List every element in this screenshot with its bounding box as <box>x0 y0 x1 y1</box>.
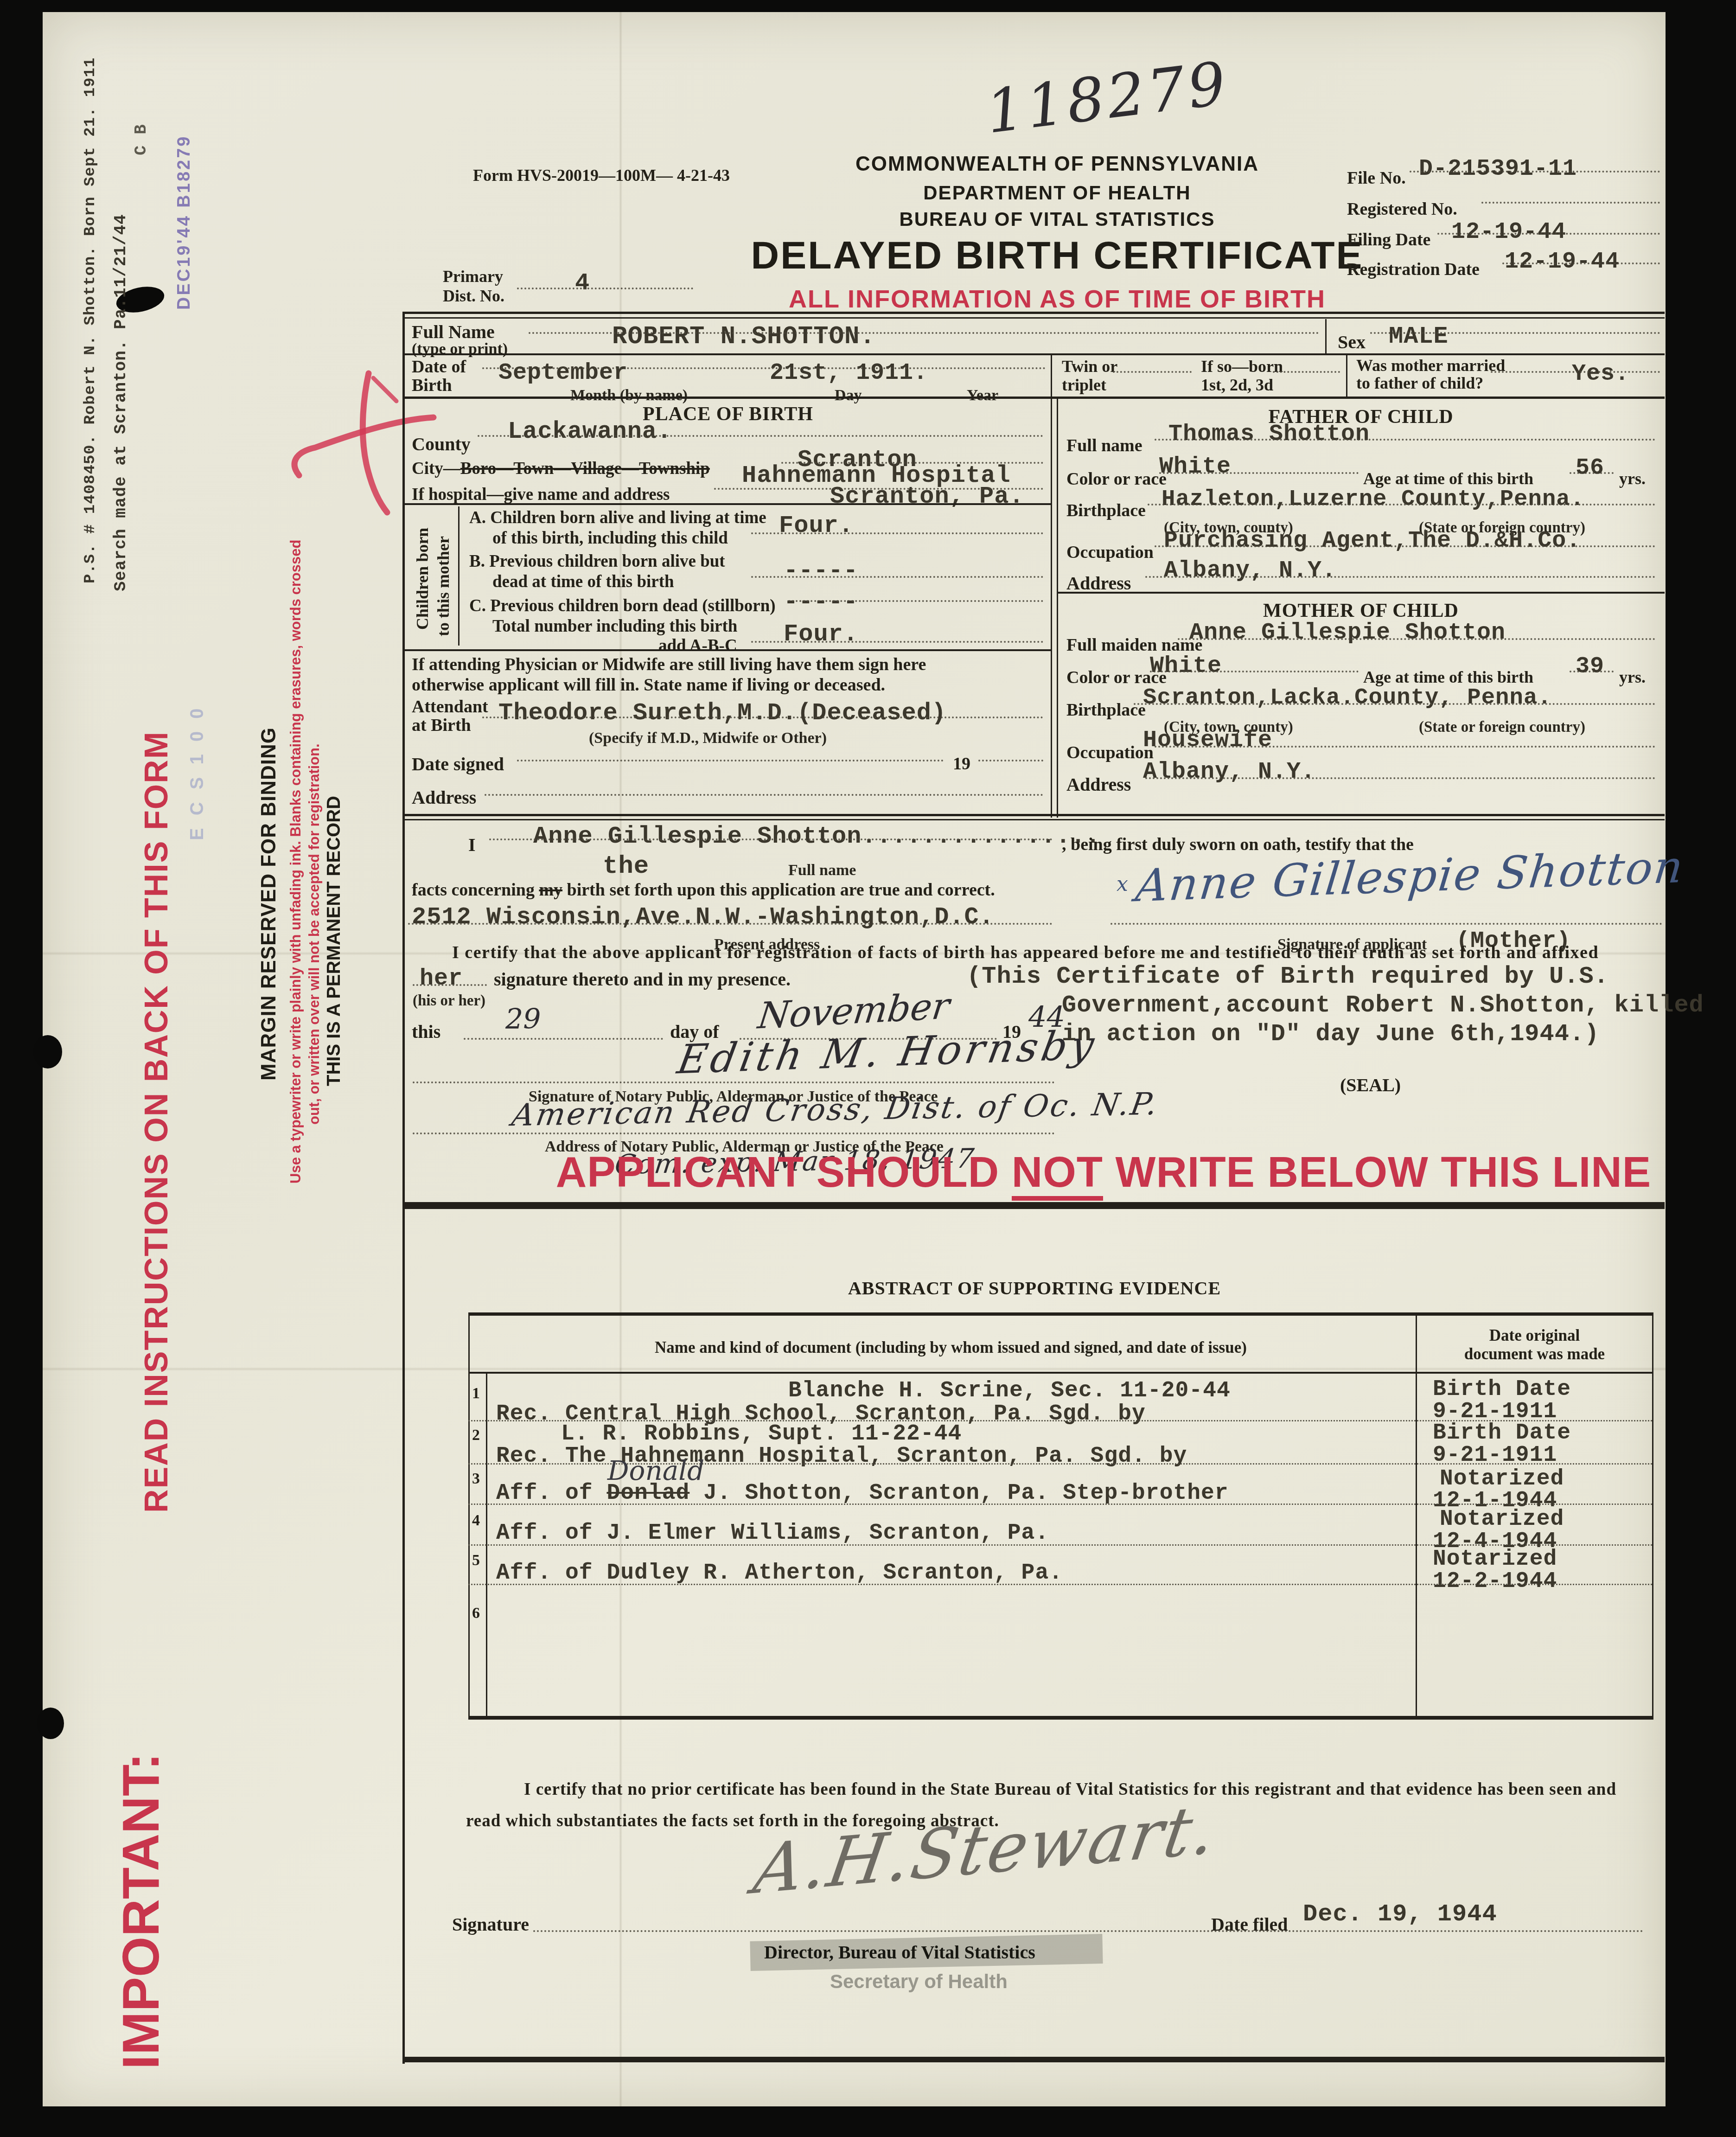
children-bracket-line <box>458 506 460 646</box>
father-occupation-label: Occupation <box>1066 544 1154 561</box>
children-item-c-value: ----- <box>784 590 858 614</box>
her-value: her <box>420 967 463 991</box>
table-header-rule <box>468 1372 1653 1374</box>
row2-line1: L. R. Robbins, Supt. 11-22-44 <box>561 1423 962 1445</box>
form-number: Form HVS-20019—100M— 4-21-43 <box>473 167 730 184</box>
city-label-struck: Boro—Town—Village—Township <box>460 459 710 478</box>
district-number-label: Dist. No. <box>443 288 504 304</box>
children-item-a-1: A. Children born alive and living at tim… <box>469 509 766 526</box>
signature-x-mark: x <box>1117 874 1128 895</box>
gov-note-2: Government,account Robert N.Shotton, kil… <box>1062 993 1704 1017</box>
filing-date-line <box>1437 233 1660 235</box>
married-label-1: Was mother married <box>1356 357 1505 374</box>
children-item-c: C. Previous children born dead (stillbor… <box>469 597 776 614</box>
father-birthplace-label: Birthplace <box>1066 502 1146 519</box>
father-yrs-label: yrs. <box>1619 470 1646 487</box>
registration-date-line <box>1502 262 1660 264</box>
mother-age-value: 39 <box>1576 655 1604 678</box>
row3-line1: Aff. of Donlad J. Shotton, Scranton, Pa.… <box>496 1482 1229 1504</box>
father-birthplace-value: Hazleton,Luzerne County,Penna. <box>1162 488 1584 511</box>
row3-date1: Notarized <box>1440 1468 1564 1490</box>
father-age-label: Age at time of this birth <box>1363 470 1533 487</box>
attendant-label-1: Attendant <box>412 698 488 716</box>
full-name-value: ROBERT N.SHOTTON. <box>612 325 875 350</box>
permanent-record-note: THIS IS A PERMANENT RECORD <box>325 796 343 1086</box>
section-rule <box>404 503 1052 505</box>
bureau-heading: BUREAU OF VITAL STATISTICS <box>788 210 1326 229</box>
county-line <box>478 435 1043 437</box>
mother-address-value: Albany, N.Y. <box>1143 761 1315 784</box>
physician-note-1: If attending Physician or Midwife are st… <box>412 656 926 673</box>
read-instructions-note: READ INSTRUCTIONS ON BACK OF THIS FORM <box>140 731 172 1513</box>
gov-note-3: in action on "D" day June 6th,1944.) <box>1062 1022 1599 1046</box>
table-border-top <box>468 1312 1653 1316</box>
attendant-value: Theodore Sureth,M.D.(Deceased) <box>498 701 946 725</box>
father-address-label: Address <box>1066 574 1131 593</box>
director-title-stamp: Director, Bureau of Vital Statistics <box>764 1943 1035 1962</box>
dob-line <box>482 367 1046 369</box>
sex-divider <box>1325 319 1327 355</box>
row-rule <box>404 353 1665 355</box>
dob-label-1: Date of <box>412 358 466 376</box>
dob-twin-divider <box>1051 355 1052 398</box>
file-number-label: File No. <box>1347 169 1406 187</box>
row3-struck: Donlad <box>606 1481 689 1506</box>
mother-color-line <box>1150 671 1359 672</box>
faint-stamp: E C S 1 0 0 <box>188 704 206 840</box>
children-sidebar-2: to this mother <box>435 536 452 636</box>
father-address-line <box>1145 576 1655 578</box>
children-item-b-value: ----- <box>784 559 858 583</box>
date-signed-label: Date signed <box>412 755 504 774</box>
typewriter-note-line1: Use a typewriter or write plainly with u… <box>288 540 303 1184</box>
children-total-2: add A-B-C <box>658 637 737 654</box>
dob-day-year-value: 21st, 1911. <box>770 362 928 385</box>
row4-number: 4 <box>472 1513 480 1529</box>
bottom-thick-rule <box>404 2057 1665 2062</box>
footer-certify-1: I certify that no prior certificate has … <box>524 1781 1616 1798</box>
date-received-stamp: DEC19'44 B18279 <box>175 135 193 310</box>
commonwealth-heading: COMMONWEALTH OF PENNSYLVANIA <box>788 154 1326 174</box>
father-address-value: Albany, N.Y. <box>1164 559 1336 582</box>
ifso-label-2: 1st, 2d, 3d <box>1201 377 1273 393</box>
row3-divider <box>468 1504 1652 1505</box>
children-item-a-2: of this birth, including this child <box>492 530 728 547</box>
married-label-2: to father of child? <box>1356 375 1483 391</box>
margin-search-note-line2: Search made at Scranton. Pa.11/21/44 <box>113 214 129 591</box>
row3-pre: Aff. of <box>496 1481 606 1506</box>
section-rule <box>404 649 1052 651</box>
this-day-line <box>464 1038 663 1040</box>
thick-divider-rule <box>404 1202 1665 1209</box>
form-left-border <box>402 312 405 2064</box>
mother-occupation-line <box>1155 746 1655 748</box>
children-total-1: Total number including this birth <box>492 618 737 635</box>
mother-occupation-label: Occupation <box>1066 744 1154 761</box>
applicant-signature-line <box>1111 923 1662 925</box>
city-label: City—Boro—Town—Village—Township <box>412 460 710 477</box>
applicant-warning-banner: APPLICANT SHOULD NOT WRITE BELOW THIS LI… <box>547 1151 1660 1194</box>
date-signed-line-2 <box>978 760 1043 761</box>
row6-number: 6 <box>472 1606 480 1621</box>
binding-margin-note: MARGIN RESERVED FOR BINDING <box>259 727 279 1081</box>
attendant-address-label: Address <box>412 788 476 807</box>
row5-date1: Notarized <box>1433 1548 1557 1570</box>
district-number-line <box>517 288 693 289</box>
children-sidebar-1: Children born <box>414 528 431 630</box>
mother-color-value: White <box>1150 655 1222 678</box>
father-age-value: 56 <box>1576 457 1604 480</box>
father-occupation-line <box>1155 545 1655 547</box>
present-address-value: 2512 Wisconsin,Ave.N.W.-Washington,D.C. <box>412 905 994 929</box>
sex-label: Sex <box>1338 333 1366 352</box>
table-border-bottom <box>468 1716 1653 1720</box>
his-or-her-caption: (his or her) <box>413 993 485 1009</box>
row4-divider <box>468 1544 1652 1546</box>
this-day-value: 29 <box>505 1005 541 1033</box>
this-label: this <box>412 1023 440 1041</box>
row4-date1: Notarized <box>1440 1508 1564 1530</box>
twin-label-1: Twin or <box>1062 358 1117 375</box>
registered-number-label: Registered No. <box>1347 200 1457 218</box>
secretary-of-health-faint: Secretary of Health <box>830 1972 1008 1991</box>
year-caption: Year <box>967 388 998 403</box>
row2-date1: Birth Date <box>1433 1422 1571 1444</box>
notary-signature-line <box>413 1081 1055 1083</box>
mother-yrs-label: yrs. <box>1619 669 1646 685</box>
father-occupation-value: Purchasing Agent,The D.&H.Co. <box>1164 530 1581 553</box>
father-age-line <box>1570 472 1614 474</box>
row4-line1: Aff. of J. Elmer Williams, Scranton, Pa. <box>496 1522 1049 1544</box>
father-name-value: Thomas Shotton <box>1168 423 1370 446</box>
county-label: County <box>412 435 471 454</box>
important-label: IMPORTANT: <box>115 1753 167 2069</box>
full-name-label: Full Name <box>412 323 495 341</box>
footer-signature-label: Signature <box>452 1915 529 1934</box>
specify-caption: (Specify if M.D., Midwife or Other) <box>589 730 827 746</box>
typewriter-note-line2: out, or written over will not be accepte… <box>307 743 321 1125</box>
attendant-address-line <box>485 794 1043 796</box>
the-overtype: the <box>603 854 649 879</box>
place-of-birth-heading: PLACE OF BIRTH <box>404 404 1052 424</box>
full-name-caption: Full name <box>788 863 856 878</box>
banner-post: WRITE BELOW THIS LINE <box>1103 1149 1651 1196</box>
city-label-pre: City— <box>412 459 460 478</box>
district-number-value: 4 <box>575 271 590 295</box>
row3-post: J. Shotton, Scranton, Pa. Step-brother <box>689 1481 1228 1506</box>
registration-date-label: Registration Date <box>1347 261 1480 278</box>
father-birthplace-line <box>1148 504 1655 505</box>
seal-label: (SEAL) <box>1340 1076 1401 1094</box>
married-line <box>1491 371 1660 373</box>
row1-line1: Blanche H. Scrine, Sec. 11-20-44 <box>788 1380 1231 1402</box>
presence-text: signature thereto and in my presence. <box>494 970 791 989</box>
dob-label-2: Birth <box>412 377 452 394</box>
month-script: November <box>756 988 951 1034</box>
date-signed-line <box>517 760 944 761</box>
department-heading: DEPARTMENT OF HEALTH <box>788 183 1326 203</box>
date-filed-label: Date filed <box>1211 1915 1288 1934</box>
father-name-line <box>1155 439 1655 441</box>
children-item-b-2: dead at time of this birth <box>492 573 674 590</box>
affidavit-i-label: I <box>468 836 476 854</box>
twin-label-2: triplet <box>1062 377 1106 393</box>
table-col2-header-2: document was made <box>1417 1346 1652 1362</box>
affidavit-rule-top <box>404 814 1665 816</box>
father-color-value: White <box>1159 455 1231 479</box>
row5-line1: Aff. of Dudley R. Atherton, Scranton, Pa… <box>496 1562 1063 1584</box>
children-total-value: Four. <box>784 622 858 646</box>
certificate-title: DELAYED BIRTH CERTIFICATE <box>723 236 1391 275</box>
sworn-text: , being first duly sworn on oath, testif… <box>1062 836 1414 853</box>
row3-number: 3 <box>472 1471 480 1487</box>
mother-occupation-value: Housewife <box>1143 729 1272 752</box>
mother-name-value: Anne Gillespie Shotton <box>1189 621 1506 645</box>
mother-state-caption: (State or foreign country) <box>1419 720 1585 735</box>
table-col1-header: Name and kind of document (including by … <box>486 1339 1416 1356</box>
children-item-a-line <box>751 532 1043 534</box>
filing-date-label: Filing Date <box>1347 231 1430 249</box>
row5-divider <box>468 1584 1652 1585</box>
children-item-b-1: B. Previous children born alive but <box>469 553 725 570</box>
abstract-heading: ABSTRACT OF SUPPORTING EVIDENCE <box>404 1279 1665 1298</box>
mother-birthplace-value: Scranton,Lacka.County, Penna. <box>1143 686 1552 709</box>
father-color-line <box>1159 472 1359 474</box>
hospital-label: If hospital—give name and address <box>412 486 670 503</box>
ifso-label-1: If so—born <box>1201 358 1283 375</box>
applicant-name-line <box>489 838 1053 840</box>
facts-pre: facts concerning <box>412 880 535 900</box>
mother-age-line <box>1570 671 1614 672</box>
column-divider-outer <box>1051 398 1052 818</box>
row1-date1: Birth Date <box>1433 1378 1571 1401</box>
present-address-line <box>408 923 1053 925</box>
facts-struck: my <box>539 880 562 900</box>
row1-date2: 9-21-1911 <box>1433 1401 1557 1423</box>
gov-note-1: (This Certificate of Birth required by U… <box>967 965 1609 989</box>
date-signed-19: 19 <box>953 755 970 773</box>
row1-number: 1 <box>472 1386 480 1401</box>
punch-hole <box>33 1035 62 1068</box>
row2-number: 2 <box>472 1427 480 1443</box>
punch-hole <box>37 1708 64 1739</box>
section-rule <box>1057 592 1665 594</box>
paper-crease <box>43 1367 1666 1371</box>
married-divider <box>1346 355 1347 398</box>
facts-line: facts concerning my birth set forth upon… <box>412 881 995 899</box>
twin-line <box>1113 371 1192 373</box>
married-value: Yes. <box>1572 363 1629 386</box>
applicant-typed-name: Anne Gillespie Shotton................ <box>533 825 1101 849</box>
row5-date2: 12-2-1944 <box>1433 1570 1557 1593</box>
children-total-line <box>751 641 1043 643</box>
mother-birthplace-line <box>1134 703 1655 705</box>
registered-number-line <box>1481 202 1660 204</box>
table-col2-header-1: Date original <box>1417 1327 1652 1344</box>
certificate-subtitle: ALL INFORMATION AS OF TIME OF BIRTH <box>723 287 1391 312</box>
county-value: Lackawanna. <box>508 420 672 444</box>
scanned-birth-certificate: P.S. # 1408450. Robert N. Shotton. Born … <box>0 0 1736 2137</box>
primary-label: Primary <box>443 268 503 285</box>
margin-initials: C B <box>133 124 150 155</box>
row5-number: 5 <box>472 1553 480 1568</box>
mother-heading: MOTHER OF CHILD <box>1057 601 1665 621</box>
row-rule <box>404 397 1665 399</box>
month-caption: Month (by name) <box>570 388 688 403</box>
date-filed-value: Dec. 19, 1944 <box>1303 1902 1497 1926</box>
children-item-c-line <box>788 600 1043 602</box>
physician-note-2: otherwise applicant will fill in. State … <box>412 676 885 694</box>
margin-search-note-line1: P.S. # 1408450. Robert N. Shotton. Born … <box>83 58 98 583</box>
day-caption: Day <box>835 388 862 403</box>
children-item-a-value: Four. <box>779 514 854 538</box>
banner-not-underlined: NOT <box>1012 1149 1103 1201</box>
children-item-b-line <box>751 576 1043 578</box>
ifso-line <box>1273 371 1340 373</box>
mother-address-label: Address <box>1066 775 1131 794</box>
affidavit-rule-bottom <box>404 819 1665 820</box>
sex-value: MALE <box>1389 325 1449 349</box>
certify-line: I certify that the above applicant for r… <box>452 944 1599 961</box>
attendant-label-2: at Birth <box>412 717 471 734</box>
filing-date-value: 12-19-44 <box>1451 221 1566 244</box>
file-number-line <box>1410 171 1660 173</box>
hospital-line <box>714 488 1043 490</box>
registration-date-value: 12-19-44 <box>1505 250 1620 274</box>
mother-age-label: Age at time of this birth <box>1363 669 1533 685</box>
mother-name-line <box>1178 638 1655 640</box>
row3-handwritten-correction: Donald <box>607 1457 704 1484</box>
header-rule-bottom <box>404 317 1665 319</box>
father-color-label: Color or race <box>1066 470 1167 488</box>
full-name-line <box>529 332 1319 334</box>
facts-post: birth set forth upon this application ar… <box>567 880 995 900</box>
footer-signature-line <box>533 1930 1644 1932</box>
dob-month-value: September <box>498 362 628 385</box>
attendant-line <box>482 717 1043 718</box>
sex-line <box>1370 332 1660 334</box>
father-name-label: Full name <box>1066 437 1142 454</box>
mother-address-line <box>1145 777 1655 779</box>
file-number-value: D-215391-11 <box>1419 158 1577 181</box>
notary-address-line <box>413 1132 1055 1134</box>
banner-pre: APPLICANT SHOULD <box>556 1149 1012 1196</box>
her-line <box>413 984 487 986</box>
